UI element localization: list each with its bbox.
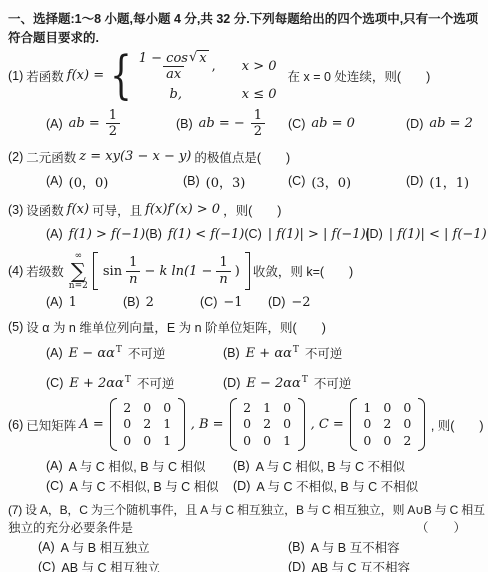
option-text: AB 与 C 互不相容	[311, 558, 410, 572]
option-a: (A) ab = 1 2	[46, 108, 176, 140]
option-label: (C)	[46, 376, 63, 390]
option-c: (C) A 与 C 不相似, B 与 C 相似	[46, 477, 233, 495]
question-text: 已知矩阵	[26, 416, 76, 434]
option-c: (C) E + 2ααT 不可逆	[46, 374, 223, 392]
question-4-options: (A) 1 (B) 2 (C) −1 (D) −2	[8, 295, 480, 310]
option-label: (C)	[38, 560, 55, 572]
matrix-expression: E − 2αα	[246, 376, 300, 391]
option-label: (A)	[38, 540, 55, 554]
option-formula: ab = 0	[311, 116, 355, 131]
option-c: (C) AB 与 C 相互独立	[38, 558, 288, 572]
question-1-options: (A) ab = 1 2 (B) ab = − 1 2 (C) ab = 0	[8, 108, 480, 140]
question-6-stem: (6) 已知矩阵 A = 200 021 001 , B = 210 020 0…	[8, 398, 480, 452]
sin-function: sin	[103, 264, 122, 279]
option-value: (3，0)	[311, 172, 351, 191]
fraction-numerator: 1 − cos √ x	[136, 50, 212, 67]
option-label: (B)	[176, 117, 193, 131]
option-a: (A) f(1) > f(−1)	[46, 227, 145, 242]
question-text: 若级数	[26, 262, 64, 280]
question-number: (2)	[8, 150, 23, 164]
question-number: (1)	[8, 69, 23, 83]
option-formula: E − 2ααT	[246, 375, 308, 391]
fraction-denominator: 2	[106, 123, 120, 140]
matrix-cell: 0	[142, 435, 153, 448]
option-formula: f(1) > f(−1)	[69, 227, 146, 242]
matrix-cell: 0	[242, 418, 253, 431]
case-2-value: b,	[136, 87, 216, 102]
option-value: 2	[146, 295, 154, 310]
option-label: (D)	[288, 560, 305, 572]
matrix-cell: 2	[122, 402, 133, 415]
question-text: 设 A，B，C 为三个随机事件，且 A 与 C 相互独立，B 与 C 相互独立，…	[25, 501, 485, 518]
question-7-options-row-2: (C) AB 与 C 相互独立 (D) AB 与 C 互不相容	[8, 558, 480, 572]
question-text: 若函数	[26, 67, 64, 85]
matrix-cell: 0	[122, 418, 133, 431]
matrix-cell: 0	[142, 402, 153, 415]
question-formula: f(x)f′(x) > 0	[145, 202, 220, 217]
option-formula: ab = −	[199, 116, 245, 131]
option-label: (B)	[183, 174, 200, 188]
option-formula: E − ααT	[69, 345, 122, 361]
question-text: , 则( )	[431, 416, 484, 434]
option-b: (B) ab = − 1 2	[176, 108, 288, 140]
matrix-cell: 1	[362, 402, 373, 415]
question-1: (1) 若函数 f(x) = { 1 − cos √ x ax	[8, 50, 480, 140]
case-1-condition: x > 0	[242, 59, 277, 74]
option-d: (D) E − 2ααT 不可逆	[223, 374, 351, 392]
transpose-superscript: T	[293, 345, 299, 355]
option-label: (C)	[288, 174, 305, 188]
question-1-stem: (1) 若函数 f(x) = { 1 − cos √ x ax	[8, 50, 480, 102]
option-b: (B) (0，3)	[183, 172, 288, 191]
matrix-expression: E − αα	[69, 346, 115, 361]
matrix-cell: 0	[382, 402, 393, 415]
question-6: (6) 已知矩阵 A = 200 021 001 , B = 210 020 0…	[8, 398, 480, 496]
option-b: (B) E + ααT 不可逆	[223, 344, 342, 362]
question-4: (4) 若级数 ∞ ∑ n=2 sin 1 n − k ln(1 − 1	[8, 252, 480, 310]
option-value: 1	[69, 295, 77, 310]
option-c: (C) (3，0)	[288, 172, 406, 191]
matrix-cell: 0	[402, 418, 413, 431]
fraction: 1 n	[126, 255, 140, 287]
question-5-options-row-1: (A) E − ααT 不可逆 (B) E + ααT 不可逆	[8, 344, 480, 362]
option-label: (B)	[223, 346, 240, 360]
fraction-numerator: 1	[106, 108, 120, 124]
question-2-options: (A) (0，0) (B) (0，3) (C) (3，0) (D) (1，1)	[8, 172, 480, 191]
question-5-options-row-2: (C) E + 2ααT 不可逆 (D) E − 2ααT 不可逆	[8, 374, 480, 392]
option-d: (D) (1，1)	[406, 172, 469, 191]
option-label: (D)	[223, 376, 240, 390]
option-text: 不可逆	[128, 344, 166, 362]
option-value: (1，1)	[429, 172, 469, 191]
question-text: 设函数	[26, 201, 64, 219]
summation-symbol: ∞ ∑ n=2	[69, 252, 88, 291]
fraction: 1 2	[106, 108, 120, 140]
question-text: 二元函数	[26, 148, 76, 166]
matrix-cell: 0	[122, 435, 133, 448]
option-formula: ab = 2	[429, 116, 473, 131]
question-3: (3) 设函数 f(x) 可导，且 f(x)f′(x) > 0 ，则( ) (A…	[8, 201, 480, 242]
series-term: sin 1 n − k ln(1 − 1 n )	[98, 252, 245, 290]
matrix-cell: 2	[382, 418, 393, 431]
question-7-options-row-1: (A) A 与 B 相互独立 (B) A 与 B 互不相容	[8, 538, 480, 556]
exam-page: 一、选择题:1～8 小题,每小题 4 分,共 32 分.下列每题给出的四个选项中…	[0, 0, 488, 572]
option-formula: E + ααT	[246, 345, 299, 361]
matrix-expression: E + αα	[246, 346, 292, 361]
option-d: (D) ab = 2	[406, 116, 473, 131]
question-7-stem-line-2: 独立的充分必要条件是 （ ）	[8, 518, 480, 536]
matrix-paren-right	[298, 398, 305, 452]
option-text: 不可逆	[305, 344, 343, 362]
matrix-cell: 0	[242, 435, 253, 448]
option-label: (B)	[123, 295, 140, 309]
question-7-stem-line-1: (7) 设 A，B，C 为三个随机事件，且 A 与 C 相互独立，B 与 C 相…	[8, 501, 480, 518]
sigma-icon: ∑	[71, 261, 86, 282]
option-text: A 与 C 相似, B 与 C 不相似	[256, 457, 405, 475]
option-label: (D)	[268, 295, 285, 309]
summation-lower-limit: n=2	[69, 282, 88, 291]
option-formula: ab =	[69, 116, 100, 131]
matrix-cell: 1	[162, 435, 173, 448]
sqrt-argument: x	[197, 50, 208, 67]
matrix-b-label: , B =	[191, 417, 224, 432]
option-label: (A)	[46, 174, 63, 188]
option-text: A 与 C 不相似, B 与 C 不相似	[256, 477, 418, 495]
option-value: (0，3)	[206, 172, 246, 191]
question-7: (7) 设 A，B，C 为三个随机事件，且 A 与 C 相互独立，B 与 C 相…	[8, 501, 480, 572]
matrix-c: 100 020 002	[350, 398, 425, 452]
fraction-numerator: 1	[216, 255, 230, 271]
option-c: (C) ab = 0	[288, 116, 406, 131]
option-value: (0，0)	[69, 172, 109, 191]
question-6-options-row-1: (A) A 与 C 相似, B 与 C 相似 (B) A 与 C 相似, B 与…	[8, 457, 480, 475]
matrix-cells: 100 020 002	[357, 398, 418, 452]
option-text: 不可逆	[137, 374, 175, 392]
option-label: (C)	[200, 295, 217, 309]
matrix-expression: E + 2αα	[69, 376, 123, 391]
fraction-numerator: 1	[251, 108, 265, 124]
piecewise-brace: {	[110, 50, 132, 101]
option-label: (A)	[46, 295, 63, 309]
option-label: (A)	[46, 459, 63, 473]
series-middle: − k ln(1 −	[144, 264, 212, 279]
option-label: (C)	[244, 227, 261, 241]
matrix-cell: 0	[262, 435, 273, 448]
option-formula: f(1) < f(−1)	[168, 227, 245, 242]
matrix-cell: 1	[262, 402, 273, 415]
question-number: (4)	[8, 264, 23, 278]
matrix-c-label: , C =	[311, 417, 344, 432]
transpose-superscript: T	[125, 375, 131, 385]
option-label: (D)	[233, 479, 250, 493]
option-d: (D) −2	[268, 295, 311, 310]
question-3-options: (A) f(1) > f(−1) (B) f(1) < f(−1) (C) | …	[8, 227, 480, 242]
option-label: (B)	[233, 459, 250, 473]
question-text: 在 x = 0 处连续，则( )	[288, 67, 431, 85]
option-label: (C)	[46, 479, 63, 493]
option-text: A 与 C 不相似, B 与 C 相似	[69, 477, 218, 495]
option-c: (C) −1	[200, 295, 268, 310]
option-label: (B)	[145, 227, 162, 241]
option-a: (A) A 与 B 相互独立	[38, 538, 288, 556]
matrix-cell: 2	[262, 418, 273, 431]
option-value: −2	[291, 295, 310, 310]
transpose-superscript: T	[116, 345, 122, 355]
matrix-a-label: A =	[79, 417, 103, 432]
right-bracket	[245, 252, 250, 290]
question-5: (5) 设 α 为 n 维单位列向量，E 为 n 阶单位矩阵，则( ) (A) …	[8, 318, 480, 392]
option-label: (A)	[46, 346, 63, 360]
option-d: (D) AB 与 C 互不相容	[288, 558, 410, 572]
option-a: (A) E − ααT 不可逆	[46, 344, 223, 362]
bracketed-expression: sin 1 n − k ln(1 − 1 n )	[93, 252, 250, 290]
fraction-denominator: n	[126, 271, 140, 288]
fraction-denominator: 2	[251, 123, 265, 140]
sqrt-symbol: √	[189, 50, 197, 66]
matrix-cell: 0	[162, 402, 173, 415]
option-b: (B) A 与 B 互不相容	[288, 538, 400, 556]
matrix-paren-left	[110, 398, 117, 452]
matrix-paren-right	[418, 398, 425, 452]
fraction: 1 n	[216, 255, 230, 287]
matrix-cell: 0	[362, 418, 373, 431]
matrix-cell: 2	[242, 402, 253, 415]
matrix-cell: 0	[382, 435, 393, 448]
matrix-cell: 0	[282, 402, 293, 415]
question-number: (6)	[8, 418, 23, 432]
transpose-superscript: T	[302, 375, 308, 385]
option-b: (B) 2	[123, 295, 200, 310]
case-2-condition: x ≤ 0	[242, 87, 277, 102]
fraction: 1 − cos √ x ax	[136, 50, 212, 83]
question-number: (7)	[8, 503, 22, 517]
question-6-options-row-2: (C) A 与 C 不相似, B 与 C 相似 (D) A 与 C 不相似, B…	[8, 477, 480, 495]
question-3-stem: (3) 设函数 f(x) 可导，且 f(x)f′(x) > 0 ，则( )	[8, 201, 480, 219]
question-2: (2) 二元函数 z = xy(3 − x − y) 的极值点是( ) (A) …	[8, 148, 480, 191]
option-text: A 与 B 互不相容	[311, 538, 400, 556]
question-text: 独立的充分必要条件是	[8, 518, 133, 536]
option-a: (A) (0，0)	[46, 172, 183, 191]
comma: ,	[212, 59, 216, 74]
closing-paren: )	[235, 264, 240, 279]
option-formula: | f(1)| < | f(−1)|	[389, 227, 488, 242]
question-number: (3)	[8, 203, 23, 217]
matrix-cell: 0	[282, 418, 293, 431]
question-4-stem: (4) 若级数 ∞ ∑ n=2 sin 1 n − k ln(1 − 1	[8, 252, 480, 291]
option-label: (A)	[46, 227, 63, 241]
option-c: (C) | f(1)| > | f(−1)|	[244, 227, 365, 242]
option-a: (A) 1	[46, 295, 123, 310]
option-label: (D)	[406, 174, 423, 188]
matrix-a: 200 021 001	[110, 398, 185, 452]
option-value: −1	[223, 295, 242, 310]
option-label: (C)	[288, 117, 305, 131]
matrix-paren-left	[230, 398, 237, 452]
matrix-cell: 2	[402, 435, 413, 448]
piecewise-cases: 1 − cos √ x ax , x > 0 b, x ≤ 0	[136, 50, 277, 102]
option-formula: | f(1)| > | f(−1)|	[268, 227, 370, 242]
matrix-paren-left	[350, 398, 357, 452]
option-label: (A)	[46, 117, 63, 131]
option-text: A 与 C 相似, B 与 C 相似	[69, 457, 206, 475]
option-d: (D) A 与 C 不相似, B 与 C 不相似	[233, 477, 418, 495]
answer-blank-parens: （ ）	[416, 518, 466, 536]
matrix-cells: 210 020 001	[237, 398, 298, 452]
option-text: A 与 B 相互独立	[61, 538, 150, 556]
option-a: (A) A 与 C 相似, B 与 C 相似	[46, 457, 233, 475]
question-formula: z = xy(3 − x − y)	[79, 149, 191, 164]
matrix-paren-right	[178, 398, 185, 452]
option-b: (B) f(1) < f(−1)	[145, 227, 244, 242]
question-number: (5)	[8, 320, 23, 334]
matrix-cell: 0	[362, 435, 373, 448]
fraction-denominator: n	[216, 271, 230, 288]
option-label: (B)	[288, 540, 305, 554]
question-formula: f(x)	[67, 202, 89, 217]
matrix-cells: 200 021 001	[117, 398, 178, 452]
option-text: 不可逆	[314, 374, 352, 392]
fraction-denominator: ax	[163, 66, 184, 83]
question-text: 的极值点是( )	[194, 148, 290, 166]
option-label: (D)	[365, 227, 382, 241]
question-text: 设 α 为 n 维单位列向量，E 为 n 阶单位矩阵，则( )	[26, 318, 326, 336]
matrix-cell: 0	[402, 402, 413, 415]
case-1-value: 1 − cos √ x ax ,	[136, 50, 216, 83]
sqrt-radical: √ x	[189, 50, 209, 67]
question-5-stem: (5) 设 α 为 n 维单位列向量，E 为 n 阶单位矩阵，则( )	[8, 318, 480, 336]
option-d: (D) | f(1)| < | f(−1)|	[365, 227, 488, 242]
numerator-text: 1 − cos	[139, 51, 188, 67]
fraction: 1 2	[251, 108, 265, 140]
function-definition: f(x) =	[67, 68, 104, 83]
fraction-numerator: 1	[126, 255, 140, 271]
option-formula: E + 2ααT	[69, 375, 131, 391]
option-b: (B) A 与 C 相似, B 与 C 不相似	[233, 457, 405, 475]
section-header: 一、选择题:1～8 小题,每小题 4 分,共 32 分.下列每题给出的四个选项中…	[8, 10, 480, 48]
matrix-cell: 2	[142, 418, 153, 431]
option-text: AB 与 C 相互独立	[61, 558, 160, 572]
question-2-stem: (2) 二元函数 z = xy(3 − x − y) 的极值点是( )	[8, 148, 480, 166]
matrix-cell: 1	[162, 418, 173, 431]
question-text: ，则( )	[223, 201, 281, 219]
matrix-cell: 1	[282, 435, 293, 448]
question-text: 收敛，则 k=( )	[253, 262, 353, 280]
option-label: (D)	[406, 117, 423, 131]
question-text: 可导，且	[92, 201, 142, 219]
matrix-b: 210 020 001	[230, 398, 305, 452]
